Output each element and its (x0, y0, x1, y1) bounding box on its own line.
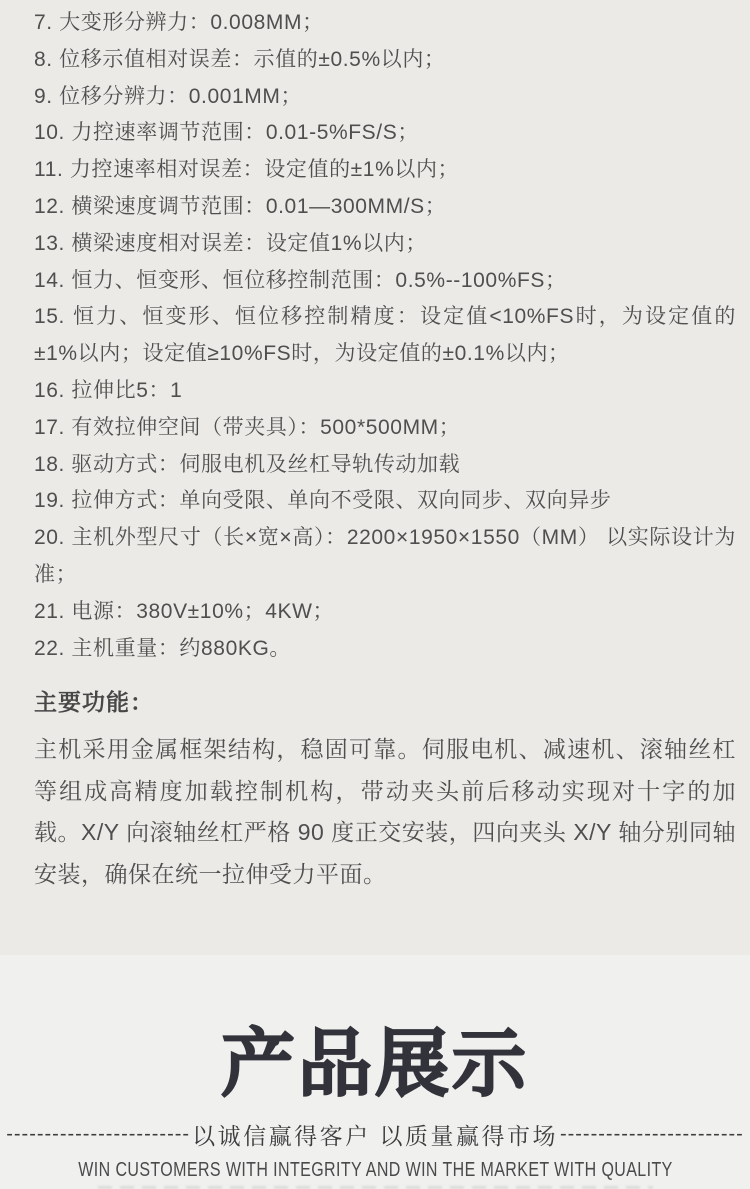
tagline-dashes-right: ------------------------- (560, 1123, 744, 1146)
features-paragraph: 主机采用金属框架结构，稳固可靠。伺服电机、减速机、滚轴丝杠等组成高精度加载控制机… (34, 729, 736, 895)
tagline-english: WIN CUSTOMERS WITH INTEGRITY AND WIN THE… (78, 1159, 672, 1182)
spec-item: 15. 恒力、恒变形、恒位移控制精度：设定值<10%FS时，为设定值的±1%以内… (34, 299, 736, 373)
tagline-english-row: WIN CUSTOMERS WITH INTEGRITY AND WIN THE… (0, 1159, 750, 1182)
product-display-section: 产品展示 ------------------------- 以诚信赢得客户 以… (0, 955, 750, 1189)
spec-item: 13. 横梁速度相对误差：设定值1%以内； (34, 226, 736, 263)
spec-item: 16. 拉伸比5：1 (34, 373, 736, 410)
product-description-page: 7. 大变形分辨力：0.008MM； 8. 位移示值相对误差：示值的±0.5%以… (0, 0, 750, 1189)
spec-item: 10. 力控速率调节范围：0.01-5%FS/S； (34, 115, 736, 152)
tagline-row: ------------------------- 以诚信赢得客户 以质量赢得市… (0, 1118, 750, 1151)
tagline-dashes-left: ------------------------- (6, 1123, 190, 1146)
spec-item: 14. 恒力、恒变形、恒位移控制范围：0.5%--100%FS； (34, 263, 736, 300)
spec-item: 9. 位移分辨力：0.001MM； (34, 79, 736, 116)
spec-item: 19. 拉伸方式：单向受限、单向不受限、双向同步、双向异步 (34, 483, 736, 520)
spec-item: 20. 主机外型尺寸（长×宽×高）：2200×1950×1550（MM） 以实际… (34, 520, 736, 594)
tagline-chinese: 以诚信赢得客户 以质量赢得市场 (190, 1118, 560, 1151)
features-heading: 主要功能： (34, 684, 736, 720)
spec-item: 7. 大变形分辨力：0.008MM； (34, 5, 736, 42)
spec-item: 17. 有效拉伸空间（带夹具）：500*500MM； (34, 410, 736, 447)
spec-item: 12. 横梁速度调节范围：0.01—300MM/S； (34, 189, 736, 226)
spec-section: 7. 大变形分辨力：0.008MM； 8. 位移示值相对误差：示值的±0.5%以… (0, 0, 750, 955)
spec-item: 21. 电源：380V±10%；4KW； (34, 594, 736, 631)
spec-list: 7. 大变形分辨力：0.008MM； 8. 位移示值相对误差：示值的±0.5%以… (34, 5, 736, 667)
spec-item: 8. 位移示值相对误差：示值的±0.5%以内； (34, 42, 736, 79)
spec-item: 11. 力控速率相对误差：设定值的±1%以内； (34, 152, 736, 189)
product-display-title: 产品展示 (0, 1027, 750, 1101)
spec-item: 22. 主机重量：约880KG。 (34, 631, 736, 668)
spec-item: 18. 驱动方式：伺服电机及丝杠导轨传动加载 (34, 447, 736, 484)
